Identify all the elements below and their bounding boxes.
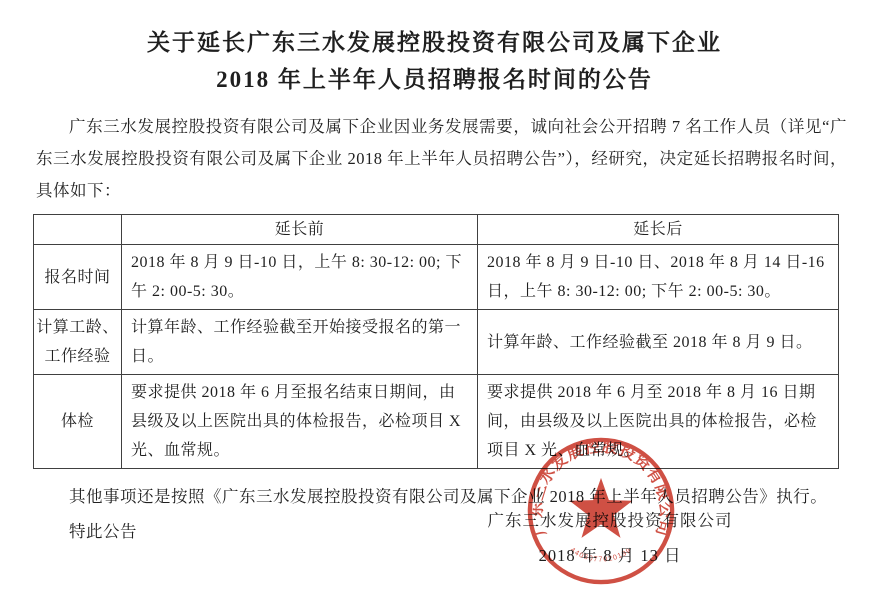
row-label: 报名时间 xyxy=(34,245,122,310)
row-before-value: 2018 年 8 月 9 日-10 日，上午 8: 30-12: 00; 下午 … xyxy=(122,245,478,310)
header-before: 延长前 xyxy=(122,215,478,245)
table-row: 报名时间 2018 年 8 月 9 日-10 日，上午 8: 30-12: 00… xyxy=(34,245,839,310)
row-before-value: 计算年龄、工作经验截至开始接受报名的第一日。 xyxy=(122,310,478,375)
intro-paragraph: 广东三水发展控股投资有限公司及属下企业因业务发展需要，诚向社会公开招聘 7 名工… xyxy=(36,111,847,207)
title-line-1: 关于延长广东三水发展控股投资有限公司及属下企业 xyxy=(0,24,869,61)
signature-block: 广东三水发展控股投资有限公司 2018 年 8 月 13 日 xyxy=(488,503,733,573)
table-row: 计算工龄、工作经验 计算年龄、工作经验截至开始接受报名的第一日。 计算年龄、工作… xyxy=(34,310,839,375)
page-title: 关于延长广东三水发展控股投资有限公司及属下企业 2018 年上半年人员招聘报名时… xyxy=(0,0,869,98)
header-after: 延长后 xyxy=(478,215,839,245)
extension-comparison-table: 延长前 延长后 报名时间 2018 年 8 月 9 日-10 日，上午 8: 3… xyxy=(33,214,839,469)
row-label: 计算工龄、工作经验 xyxy=(34,310,122,375)
header-empty xyxy=(34,215,122,245)
row-before-value: 要求提供 2018 年 6 月至报名结束日期间，由县级及以上医院出具的体检报告，… xyxy=(122,375,478,469)
row-after-value: 计算年龄、工作经验截至 2018 年 8 月 9 日。 xyxy=(478,310,839,375)
table-header-row: 延长前 延长后 xyxy=(34,215,839,245)
title-line-2: 2018 年上半年人员招聘报名时间的公告 xyxy=(0,61,869,98)
row-after-value: 2018 年 8 月 9 日-10 日、2018 年 8 月 14 日-16 日… xyxy=(478,245,839,310)
row-label: 体检 xyxy=(34,375,122,469)
row-after-value: 要求提供 2018 年 6 月至 2018 年 8 月 16 日期间，由县级及以… xyxy=(478,375,839,469)
signature-date: 2018 年 8 月 13 日 xyxy=(488,538,733,573)
table-row: 体检 要求提供 2018 年 6 月至报名结束日期间，由县级及以上医院出具的体检… xyxy=(34,375,839,469)
signature-company: 广东三水发展控股投资有限公司 xyxy=(488,503,733,538)
announcement-document: 关于延长广东三水发展控股投资有限公司及属下企业 2018 年上半年人员招聘报名时… xyxy=(0,0,869,601)
